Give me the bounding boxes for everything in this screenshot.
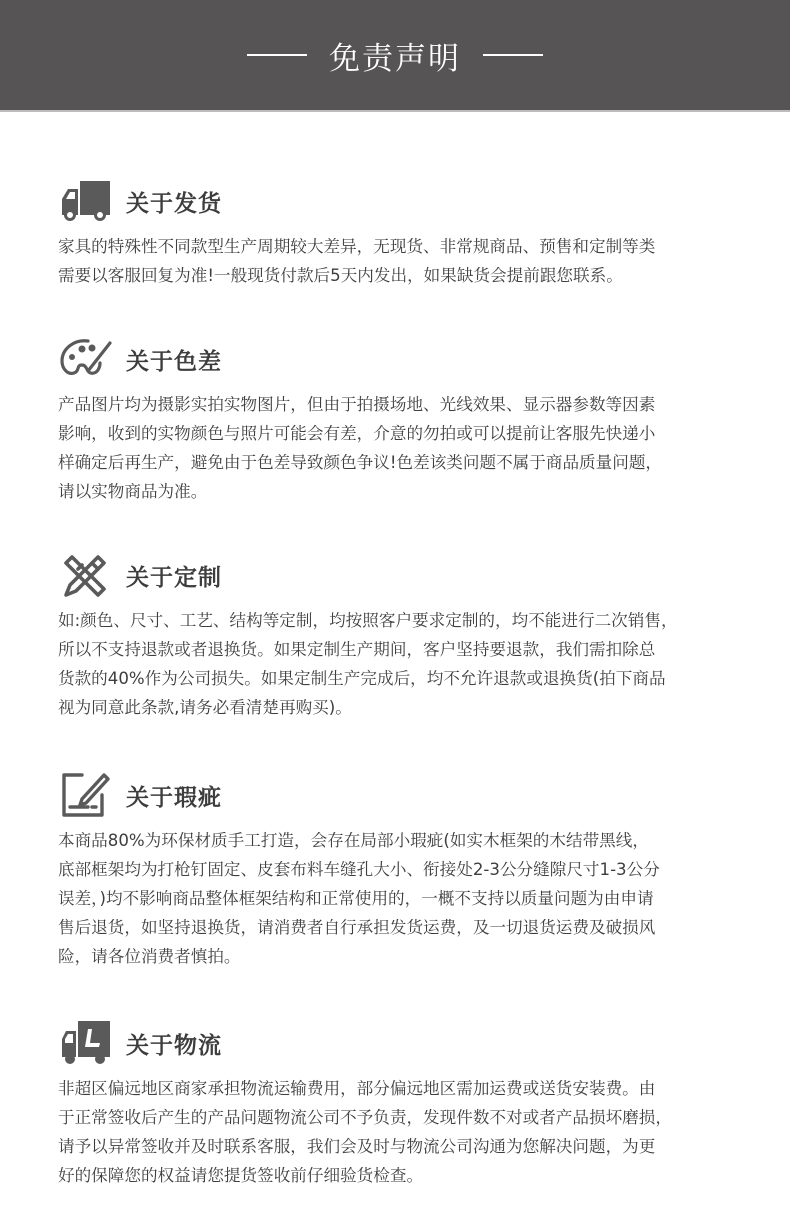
section-body: 产品图片均为摄影实拍实物图片，但由于拍摄场地、光线效果、显示器参数等因素 影响，… (58, 390, 738, 506)
body-line: 请以实物商品为准。 (58, 477, 738, 506)
title-divider-left (247, 54, 307, 56)
body-line: 好的保障您的权益请您提货签收前仔细验货检查。 (58, 1161, 738, 1190)
section-body: 家具的特殊性不同款型生产周期较大差异，无现货、非常规商品、预售和定制等类 需要以… (58, 232, 738, 290)
section-title: 关于定制 (126, 559, 222, 592)
section-customization: 关于定制 如:颜色、尺寸、工艺、结构等定制，均按照客户要求定制的，均不能进行二次… (58, 550, 738, 722)
body-line: 非超区偏远地区商家承担物流运输费用，部分偏远地区需加运费或送货安装费。由 (58, 1074, 738, 1103)
section-defects: 关于瑕疵 本商品80%为环保材质手工打造，会存在局部小瑕疵(如实木框架的木结带黑… (58, 770, 738, 971)
body-line: 底部框架均为打枪钉固定、皮套布料车缝孔大小、衔接处2-3公分缝隙尺寸1-3公分 (58, 855, 738, 884)
body-line: 视为同意此条款,请务必看清楚再购买)。 (58, 693, 738, 722)
section-title: 关于发货 (126, 185, 222, 218)
body-line: 需要以客服回复为准!一般现货付款后5天内发出，如果缺货会提前跟您联系。 (58, 261, 738, 290)
body-line: 家具的特殊性不同款型生产周期较大差异，无现货、非常规商品、预售和定制等类 (58, 232, 738, 261)
section-header: 关于物流 (58, 1018, 738, 1068)
section-body: 本商品80%为环保材质手工打造，会存在局部小瑕疵(如实木框架的木结带黑线， 底部… (58, 826, 738, 971)
section-header: 关于色差 (58, 334, 738, 384)
ruler-pencil-icon (58, 551, 114, 599)
section-header: 关于瑕疵 (58, 770, 738, 820)
body-line: 产品图片均为摄影实拍实物图片，但由于拍摄场地、光线效果、显示器参数等因素 (58, 390, 738, 419)
section-title: 关于瑕疵 (126, 779, 222, 812)
body-line: 售后退货，如坚持退换货，请消费者自行承担发货运费，及一切退货运费及破损风 (58, 913, 738, 942)
palette-icon (58, 335, 114, 383)
title-divider-right (483, 54, 543, 56)
section-logistics: 关于物流 非超区偏远地区商家承担物流运输费用，部分偏远地区需加运费或送货安装费。… (58, 1018, 738, 1190)
section-shipping: 关于发货 家具的特殊性不同款型生产周期较大差异，无现货、非常规商品、预售和定制等… (58, 176, 738, 290)
edit-document-icon (58, 771, 114, 819)
body-line: 所以不支持退款或者退换货。如果定制生产期间，客户坚持要退款，我们需扣除总 (58, 635, 738, 664)
section-header: 关于定制 (58, 550, 738, 600)
section-body: 非超区偏远地区商家承担物流运输费用，部分偏远地区需加运费或送货安装费。由 于正常… (58, 1074, 738, 1190)
body-line: 于正常签收后产生的产品问题物流公司不予负责，发现件数不对或者产品损坏磨损， (58, 1103, 738, 1132)
banner-title-row: 免责声明 (0, 0, 790, 110)
header-banner: 免责声明 (0, 0, 790, 112)
body-line: 险，请各位消费者慎拍。 (58, 942, 738, 971)
truck-icon (58, 177, 114, 225)
body-line: 影响，收到的实物颜色与照片可能会有差，介意的勿拍或可以提前让客服先快递小 (58, 419, 738, 448)
section-color-difference: 关于色差 产品图片均为摄影实拍实物图片，但由于拍摄场地、光线效果、显示器参数等因… (58, 334, 738, 506)
section-title: 关于色差 (126, 343, 222, 376)
section-title: 关于物流 (126, 1027, 222, 1060)
body-line: 样确定后再生产，避免由于色差导致颜色争议!色差该类问题不属于商品质量问题， (58, 448, 738, 477)
body-line: 如:颜色、尺寸、工艺、结构等定制，均按照客户要求定制的，均不能进行二次销售， (58, 606, 738, 635)
body-line: 误差，)均不影响商品整体框架结构和正常使用的，一概不支持以质量问题为由申请 (58, 884, 738, 913)
body-line: 货款的40%作为公司损失。如果定制生产完成后，均不允许退款或退换货(拍下商品 (58, 664, 738, 693)
logistics-truck-icon (58, 1019, 114, 1067)
section-header: 关于发货 (58, 176, 738, 226)
body-line: 本商品80%为环保材质手工打造，会存在局部小瑕疵(如实木框架的木结带黑线， (58, 826, 738, 855)
page-title: 免责声明 (329, 33, 461, 78)
section-body: 如:颜色、尺寸、工艺、结构等定制，均按照客户要求定制的，均不能进行二次销售， 所… (58, 606, 738, 722)
body-line: 请予以异常签收并及时联系客服，我们会及时与物流公司沟通为您解决问题，为更 (58, 1132, 738, 1161)
